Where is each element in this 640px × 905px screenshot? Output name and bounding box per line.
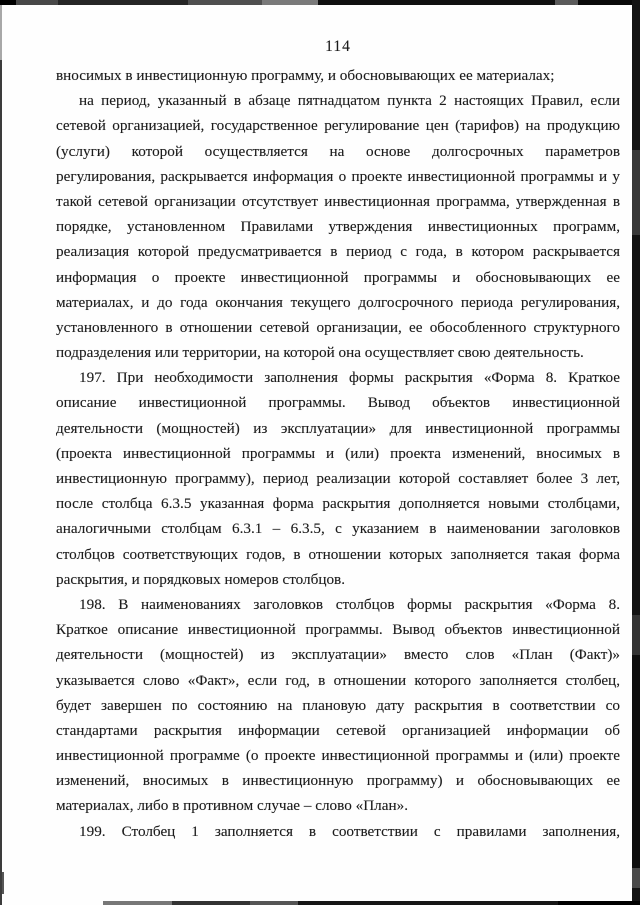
text-line: установленного в отношении сетевой орган… [56, 315, 620, 340]
text-line: вносимых в инвестиционную программу, и о… [56, 63, 620, 88]
text-line: описание инвестиционной программы. Вывод… [56, 390, 620, 415]
text-line: Краткое описание инвестиционной программ… [56, 617, 620, 642]
scan-artifact-mark [2, 872, 4, 894]
text-line: стандартами раскрытия информации сетевой… [56, 718, 620, 743]
scan-edge-top [0, 0, 640, 5]
text-line: на период, указанный в абзаце пятнадцато… [56, 88, 620, 113]
text-line: 198. В наименованиях заголовков столбцов… [56, 592, 620, 617]
text-line: инвестиционную программу), период реализ… [56, 466, 620, 491]
text-line: регулирования, раскрывается информация о… [56, 164, 620, 189]
scan-edge-right [632, 0, 640, 905]
text-line: такой сетевой организации отсутствует ин… [56, 189, 620, 214]
page-number: 114 [56, 39, 620, 55]
text-line: деятельности (мощностей) из эксплуатации… [56, 416, 620, 441]
scan-edge-bottom [0, 901, 640, 905]
scan-edge-left [0, 5, 2, 905]
text-line: 197. При необходимости заполнения формы … [56, 365, 620, 390]
text-line: столбцов соответствующих годов, в отноше… [56, 542, 620, 567]
text-line: аналогичными столбцам 6.3.1 – 6.3.5, с у… [56, 516, 620, 541]
text-line: раскрытия, и порядковых номеров столбцов… [56, 567, 620, 592]
text-line: порядке, установленном Правилами утвержд… [56, 214, 620, 239]
scanned-document-page: 114 вносимых в инвестиционную программу,… [0, 0, 640, 905]
paragraph: 197. При необходимости заполнения формы … [56, 365, 620, 592]
text-line: инвестиционной программе (о проекте инве… [56, 743, 620, 768]
text-line: будет завершен по состоянию на плановую … [56, 693, 620, 718]
paragraph: вносимых в инвестиционную программу, и о… [56, 63, 620, 88]
text-line: 199. Столбец 1 заполняется в соответстви… [56, 819, 620, 844]
text-line: реализация которой предусматривается в п… [56, 239, 620, 264]
text-line: материалах, и до года окончания текущего… [56, 290, 620, 315]
paragraph: на период, указанный в абзаце пятнадцато… [56, 88, 620, 365]
document-body: вносимых в инвестиционную программу, и о… [56, 63, 620, 844]
text-line: (услуги) которой осуществляется на основ… [56, 139, 620, 164]
text-line: сетевой организацией, государственное ре… [56, 113, 620, 138]
text-line: (проекта инвестиционной программы и (или… [56, 441, 620, 466]
text-line: указывается слово «Факт», если год, в от… [56, 668, 620, 693]
text-line: деятельности (мощностей) из эксплуатации… [56, 642, 620, 667]
paragraph: 198. В наименованиях заголовков столбцов… [56, 592, 620, 819]
text-line: материалах, либо в противном случае – сл… [56, 793, 620, 818]
text-line: подразделения или территории, на которой… [56, 340, 620, 365]
text-line: изменений, вносимых в инвестиционную про… [56, 768, 620, 793]
paragraph: 199. Столбец 1 заполняется в соответстви… [56, 819, 620, 844]
text-line: информация о проекте инвестиционной прог… [56, 265, 620, 290]
text-line: после столбца 6.3.5 указанная форма раск… [56, 491, 620, 516]
